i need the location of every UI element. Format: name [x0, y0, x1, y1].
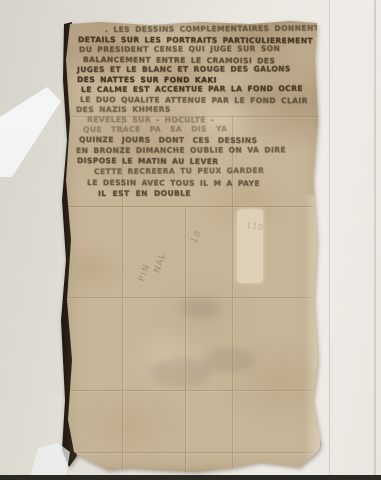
- pencil-smudge: [205, 348, 255, 372]
- pencil-smudge: [150, 358, 210, 386]
- manuscript-line: IL EST EN DOUBLE: [98, 189, 191, 198]
- photo-backdrop: . LES DESSINS COMPLEMENTAIRES DONNENT DE…: [0, 0, 381, 480]
- manuscript-line: DES NATTES SUR FOND KAKI: [77, 75, 217, 84]
- manuscript-line: . LES DESSINS COMPLEMENTAIRES DONNENT DE…: [105, 23, 342, 34]
- manuscript-line: DES NAZIS KHMERS: [76, 105, 171, 114]
- manuscript-line: CETTE RECREERA TU PEUX GARDER: [94, 166, 264, 176]
- manuscript-line: EN BRONZE DIMANCHE OUBLIE ON VA DIRE: [76, 145, 286, 155]
- pencil-mark: PIN: [137, 263, 152, 283]
- manuscript-line: LE DUO QUALITE ATTENUE PAR LE FOND CLAIR: [80, 95, 308, 105]
- manuscript-line: LE DESSIN AVEC TOUS IL M A PAYE: [87, 178, 260, 188]
- manuscript-line: REVELES SUR - HOCULTE -: [87, 115, 214, 124]
- pencil-smudge: [180, 298, 220, 318]
- manuscript-line: LE CALME EST ACCENTUE PAR LA FOND OCRE: [81, 84, 303, 94]
- manuscript-line: DISPOSE LE MATIN AU LEVER: [77, 156, 219, 166]
- manuscript-line: JUGES ET LE BLANC ET ROUGE DES GALONS: [77, 64, 291, 74]
- crease-line: [185, 206, 186, 472]
- pencil-mark: 18: [189, 229, 204, 245]
- manuscript-line: QUINZE JOURS DONT CES DESSINS: [79, 135, 257, 145]
- crease-line: [64, 206, 322, 207]
- crease-line: [64, 452, 322, 453]
- manuscript-line: QUE TRACE PA EA DIS YA: [83, 124, 227, 134]
- manuscript-paper: . LES DESSINS COMPLEMENTAIRES DONNENT DE…: [64, 20, 322, 472]
- manuscript-line: DU PRESIDENT CENSE QUI JUGE SUR SON: [79, 44, 280, 54]
- manuscript-group: . LES DESSINS COMPLEMENTAIRES DONNENT DE…: [0, 0, 381, 480]
- crease-line: [64, 390, 322, 391]
- photo-bottom-edge: [0, 475, 381, 480]
- pencil-mark: NAL: [152, 252, 168, 275]
- repair-patch: [237, 209, 263, 283]
- right-edge-tape-strip: [304, 195, 320, 472]
